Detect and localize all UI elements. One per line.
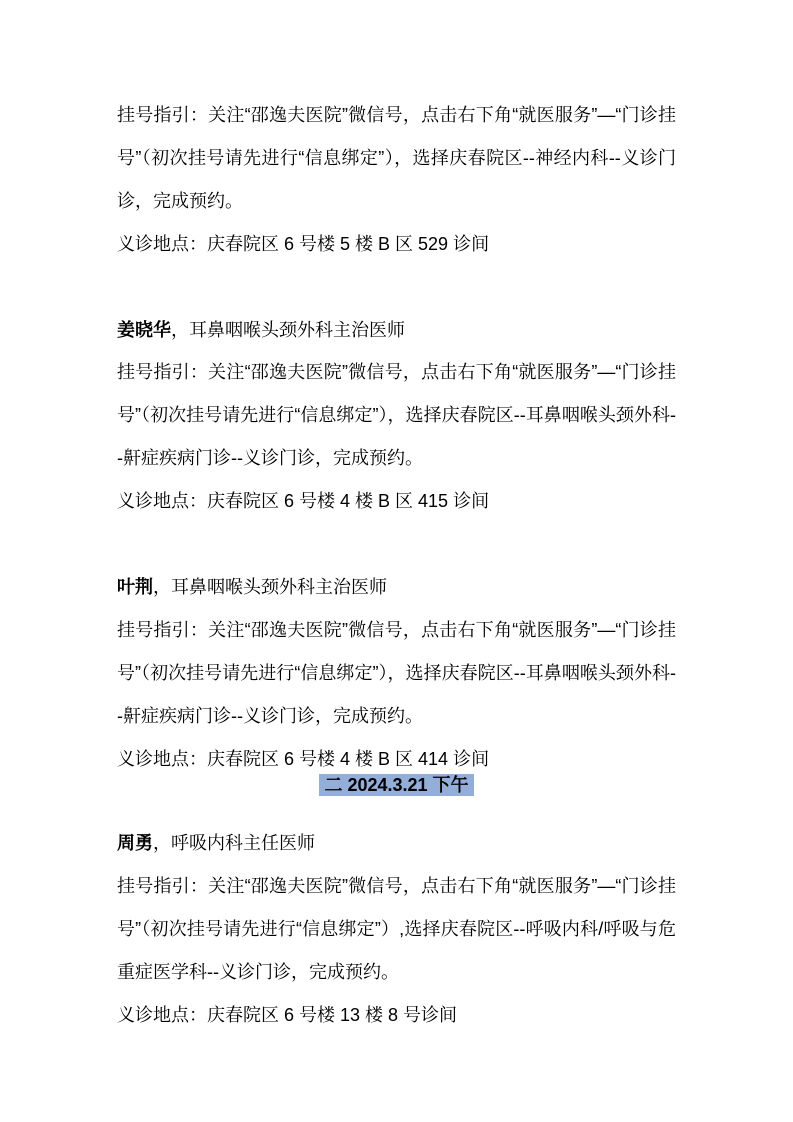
clinic-entry-1: 挂号指引：关注“邵逸夫医院”微信号，点击右下角“就医服务”—“门诊挂号”（初次挂… [117,94,676,266]
registration-guide: 挂号指引：关注“邵逸夫医院”微信号，点击右下角“就医服务”—“门诊挂号”（初次挂… [117,351,676,480]
document-page: 挂号指引：关注“邵逸夫医院”微信号，点击右下角“就医服务”—“门诊挂号”（初次挂… [0,0,793,1122]
doctor-line: 姜晓华，耳鼻咽喉头颈外科主治医师 [117,309,676,352]
registration-guide: 挂号指引：关注“邵逸夫医院”微信号，点击右下角“就医服务”—“门诊挂号”（初次挂… [117,609,676,738]
doctor-line: 周勇，呼吸内科主任医师 [117,822,676,865]
clinic-location: 义诊地点：庆春院区 6 号楼 4 楼 B 区 415 诊间 [117,480,676,523]
doctor-title: ，耳鼻咽喉头颈外科主治医师 [153,577,387,597]
doctor-title: ，耳鼻咽喉头颈外科主治医师 [171,320,405,340]
registration-guide: 挂号指引：关注“邵逸夫医院”微信号，点击右下角“就医服务”—“门诊挂号”（初次挂… [117,94,676,223]
doctor-name: 周勇 [117,833,153,853]
clinic-entry-3: 叶荆，耳鼻咽喉头颈外科主治医师 挂号指引：关注“邵逸夫医院”微信号，点击右下角“… [117,566,676,781]
clinic-entry-2: 姜晓华，耳鼻咽喉头颈外科主治医师 挂号指引：关注“邵逸夫医院”微信号，点击右下角… [117,309,676,524]
doctor-name: 叶荆 [117,577,153,597]
doctor-line: 叶荆，耳鼻咽喉头颈外科主治医师 [117,566,676,609]
session-heading-highlight: 二 2024.3.21 下午 [319,774,473,796]
registration-guide: 挂号指引：关注“邵逸夫医院”微信号，点击右下角“就医服务”—“门诊挂号”（初次挂… [117,865,676,994]
clinic-location: 义诊地点：庆春院区 6 号楼 5 楼 B 区 529 诊间 [117,223,676,266]
clinic-location: 义诊地点：庆春院区 6 号楼 13 楼 8 号诊间 [117,994,676,1037]
doctor-name: 姜晓华 [117,320,171,340]
clinic-entry-4: 周勇，呼吸内科主任医师 挂号指引：关注“邵逸夫医院”微信号，点击右下角“就医服务… [117,822,676,1037]
doctor-title: ，呼吸内科主任医师 [153,833,315,853]
